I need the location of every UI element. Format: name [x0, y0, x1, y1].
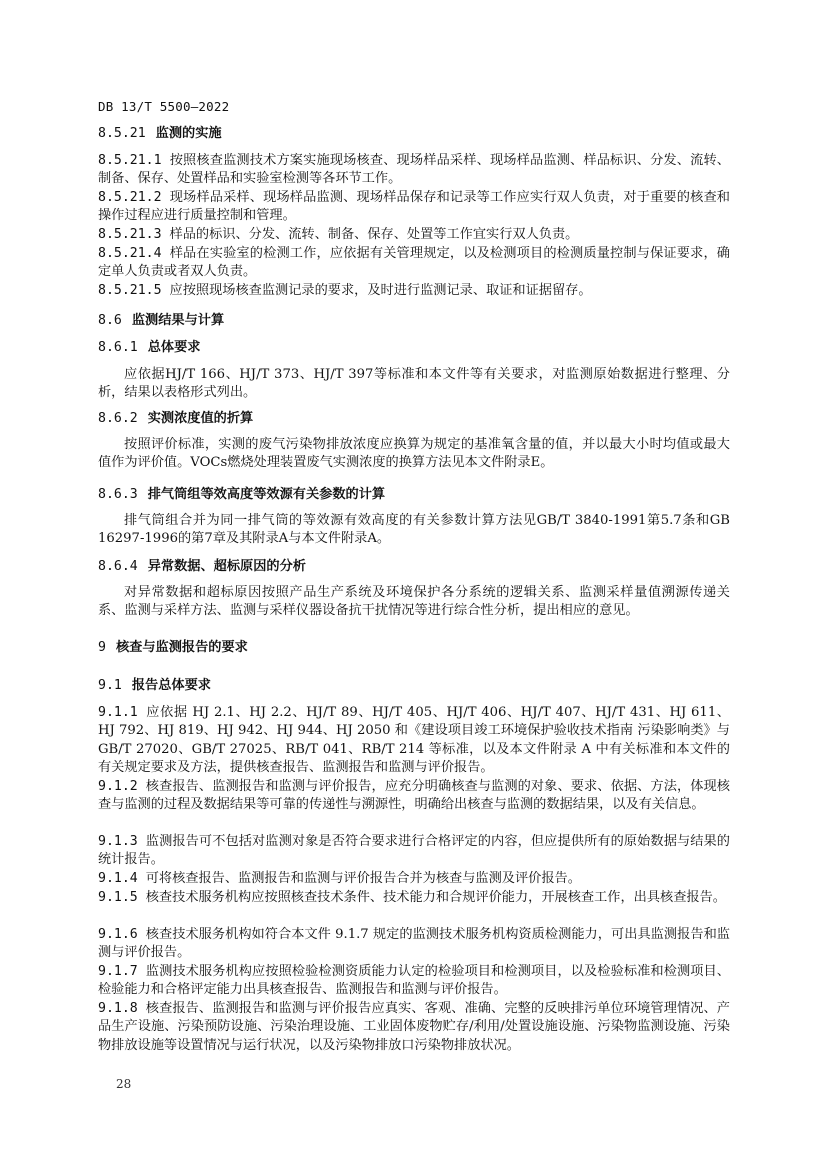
- section-heading: 9核查与监测报告的要求: [98, 638, 730, 658]
- clause-number: 9.1.5: [98, 890, 138, 905]
- clause-paragraph: 9.1.7监测技术服务机构应按照检验检测资质能力认定的检验项目和检测项目，以及检…: [98, 963, 730, 1000]
- section-title: 总体要求: [148, 340, 201, 355]
- section-heading: 8.6监测结果与计算: [98, 311, 730, 331]
- clause-text: 样品的标识、分发、流转、制备、保存、处置等工作宜实行双人负责。: [170, 227, 579, 242]
- section-title: 实测浓度值的折算: [148, 411, 254, 426]
- body-paragraph: 按照评价标准，实测的废气污染物排放浓度应换算为规定的基准氧含量的值，并以最大小时…: [98, 436, 730, 473]
- clause-paragraph: 9.1.2核查报告、监测报告和监测与评价报告，应充分明确核查与监测的对象、要求、…: [98, 778, 730, 815]
- clause-paragraph: 8.5.21.1按照核查监测技术方案实施现场核查、现场样品采样、现场样品监测、样…: [98, 152, 730, 189]
- section-heading: 8.5.21监测的实施: [98, 124, 730, 144]
- clause-paragraph: 9.1.4可将核查报告、监测报告和监测与评价报告合并为核查与监测及评价报告。: [98, 870, 730, 888]
- section-title: 异常数据、超标原因的分析: [148, 559, 306, 574]
- clause-number: 9.1.2: [98, 779, 138, 794]
- section-heading: 8.6.1总体要求: [98, 338, 730, 358]
- section-number: 8.6.3: [98, 487, 138, 502]
- clause-paragraph: 9.1.1应依据 HJ 2.1、HJ 2.2、HJ/T 89、HJ/T 405、…: [98, 704, 730, 778]
- section-number: 8.6.4: [98, 559, 138, 574]
- clause-text: 核查技术服务机构应按照核查技术条件、技术能力和合规评价能力，开展核查工作，出具核…: [146, 890, 726, 905]
- section-number: 9: [98, 640, 106, 655]
- clause-number: 9.1.6: [98, 927, 138, 942]
- section-number: 8.5.21: [98, 126, 146, 141]
- section-title: 监测结果与计算: [132, 313, 224, 328]
- clause-text: 可将核查报告、监测报告和监测与评价报告合并为核查与监测及评价报告。: [146, 871, 581, 886]
- clause-paragraph: 9.1.6核查技术服务机构如符合本文件 9.1.7 规定的监测技术服务机构资质检…: [98, 926, 730, 963]
- clause-text: 核查报告、监测报告和监测与评价报告应真实、客观、准确、完整的反映排污单位环境管理…: [98, 1001, 730, 1053]
- document-page: DB 13/T 5500—2022 8.5.21监测的实施8.5.21.1按照核…: [0, 0, 826, 1169]
- clause-paragraph: 9.1.5核查技术服务机构应按照核查技术条件、技术能力和合规评价能力，开展核查工…: [98, 889, 730, 907]
- clause-number: 8.5.21.1: [98, 153, 162, 168]
- clause-text: 样品在实验室的检测工作，应依据有关管理规定，以及检测项目的检测质量控制与保证要求…: [98, 246, 730, 279]
- body-paragraph: 排气筒组合并为同一排气筒的等效源有效高度的有关参数计算方法见GB/T 3840-…: [98, 512, 730, 549]
- clause-paragraph: 9.1.3监测报告可不包括对监测对象是否符合要求进行合格评定的内容，但应提供所有…: [98, 833, 730, 870]
- clause-text: 应按照现场核查监测记录的要求，及时进行监测记录、取证和证据留存。: [170, 283, 592, 298]
- section-number: 8.6.1: [98, 340, 138, 355]
- section-heading: 8.6.2实测浓度值的折算: [98, 409, 730, 429]
- section-heading: 8.6.3排气筒组等效高度等效源有关参数的计算: [98, 485, 730, 505]
- clause-number: 8.5.21.4: [98, 246, 162, 261]
- clause-number: 9.1.7: [98, 964, 138, 979]
- body-paragraph: 对异常数据和超标原因按照产品生产系统及环境保护各分系统的逻辑关系、监测采样量值溯…: [98, 584, 730, 621]
- clause-text: 按照核查监测技术方案实施现场核查、现场样品采样、现场样品监测、样品标识、分发、流…: [98, 153, 730, 186]
- section-heading: 9.1报告总体要求: [98, 676, 730, 696]
- clause-paragraph: 8.5.21.5应按照现场核查监测记录的要求，及时进行监测记录、取证和证据留存。: [98, 282, 730, 300]
- page-number: 28: [116, 1077, 131, 1091]
- clause-text: 监测技术服务机构应按照检验检测资质能力认定的检验项目和检测项目，以及检验标准和检…: [98, 964, 730, 997]
- clause-number: 9.1.8: [98, 1001, 138, 1016]
- clause-number: 9.1.4: [98, 871, 138, 886]
- body-paragraph: 应依据HJ/T 166、HJ/T 373、HJ/T 397等标准和本文件等有关要…: [98, 366, 730, 403]
- section-number: 8.6: [98, 313, 122, 328]
- clause-paragraph: 8.5.21.4样品在实验室的检测工作，应依据有关管理规定，以及检测项目的检测质…: [98, 245, 730, 282]
- clause-number: 9.1.3: [98, 834, 138, 849]
- section-title: 排气筒组等效高度等效源有关参数的计算: [148, 487, 385, 502]
- section-number: 9.1: [98, 678, 122, 693]
- clause-paragraph: 8.5.21.3样品的标识、分发、流转、制备、保存、处置等工作宜实行双人负责。: [98, 226, 730, 244]
- clause-paragraph: 8.5.21.2现场样品采样、现场样品监测、现场样品保存和记录等工作应实行双人负…: [98, 189, 730, 226]
- clause-number: 9.1.1: [98, 705, 138, 720]
- clause-text: 监测报告可不包括对监测对象是否符合要求进行合格评定的内容，但应提供所有的原始数据…: [98, 834, 730, 867]
- clause-number: 8.5.21.2: [98, 190, 162, 205]
- section-heading: 8.6.4异常数据、超标原因的分析: [98, 557, 730, 577]
- clause-number: 8.5.21.3: [98, 227, 162, 242]
- clause-text: 应依据 HJ 2.1、HJ 2.2、HJ/T 89、HJ/T 405、HJ/T …: [98, 705, 730, 775]
- clause-text: 现场样品采样、现场样品监测、现场样品保存和记录等工作应实行双人负责，对于重要的核…: [98, 190, 730, 223]
- clause-paragraph: 9.1.8核查报告、监测报告和监测与评价报告应真实、客观、准确、完整的反映排污单…: [98, 1000, 730, 1055]
- clause-text: 核查报告、监测报告和监测与评价报告，应充分明确核查与监测的对象、要求、依据、方法…: [98, 779, 730, 812]
- section-title: 报告总体要求: [132, 678, 211, 693]
- clause-text: 核查技术服务机构如符合本文件 9.1.7 规定的监测技术服务机构资质检测能力，可…: [98, 927, 730, 960]
- clause-number: 8.5.21.5: [98, 283, 162, 298]
- section-title: 监测的实施: [156, 126, 222, 141]
- section-title: 核查与监测报告的要求: [116, 640, 248, 655]
- document-code-header: DB 13/T 5500—2022: [98, 99, 229, 114]
- section-number: 8.6.2: [98, 411, 138, 426]
